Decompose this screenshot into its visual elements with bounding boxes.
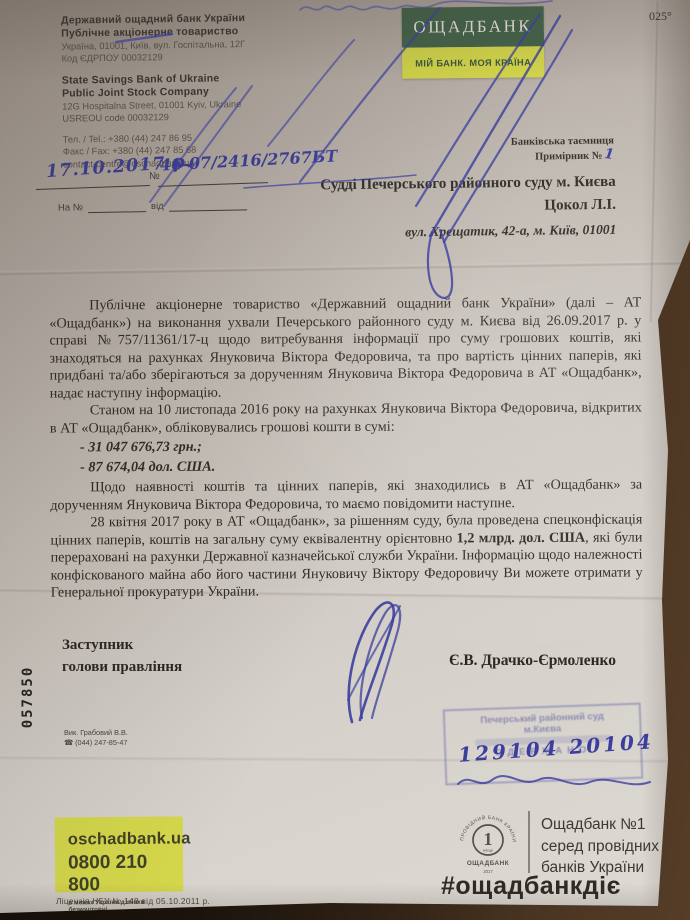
award-seal: ПРОВІДНИЙ БАНК КРАЇНИ 1 місце ОЩАДБАНК 2… (452, 806, 524, 878)
number-sign: № (149, 171, 160, 182)
executor-name: Вик. Грабовий В.В. (64, 728, 128, 738)
paragraph-3: Щодо наявності коштів та цінних паперів,… (50, 476, 642, 514)
letter-body: Публічне акціонерне товариство «Державни… (49, 294, 643, 602)
executor-block: Вик. Грабовий В.В. ☎ (044) 247-85-47 (64, 728, 128, 747)
vid-label: від (151, 201, 164, 212)
reply-to-line: На №від (58, 199, 247, 213)
contact-box: oschadbank.ua 0800 210 800 в межах Украї… (55, 816, 184, 892)
corner-page-mark: 025° (649, 9, 672, 24)
bank-secrecy-block: Банківська таємниця Примірник №1 (394, 134, 614, 165)
executor-phone: ☎ (044) 247-85-47 (64, 738, 128, 748)
letterhead: Державний ощадний банк України Публічне … (61, 11, 293, 170)
amount-uah: - 31 047 676,73 грн.; (80, 436, 642, 456)
recipient-judge: Цокол Л.І. (248, 197, 616, 218)
recipient-address: вул. Хрещатик, 42-а, м. Київ, 01001 (248, 222, 616, 242)
bank-code-en: USREOU code 00032129 (62, 109, 292, 125)
na-rule-1 (88, 202, 146, 213)
vertical-doc-number: 057850 (20, 653, 36, 741)
award-bank-name: ОЩАДБАНК (467, 860, 509, 867)
signer-title: Заступник голови правління (62, 634, 182, 678)
signer-name: Є.В. Драчко-Єрмоленко (428, 652, 616, 670)
logo-wordmark: ОЩАДБАНК (402, 6, 544, 47)
hotline-phone: 0800 210 800 (68, 851, 183, 896)
amount-usd: - 87 674,04 дол. США. (80, 456, 642, 476)
website: oschadbank.ua (68, 829, 183, 849)
paragraph-2: Станом на 10 листопада 2016 року на раху… (50, 399, 642, 437)
award-place-number: 1 (484, 829, 493, 849)
handwritten-copy-number: 1 (604, 147, 615, 162)
footer-divider (528, 811, 530, 873)
paragraph-1: Публічне акціонерне товариство «Державни… (49, 294, 642, 402)
fold-crease-vertical (649, 2, 660, 322)
fold-crease-top (0, 260, 690, 276)
logo-slogan: МІЙ БАНК. МОЯ КРАЇНА (402, 46, 544, 78)
copy-label: Примірник №1 (394, 148, 614, 166)
confiscated-sum: 1,2 млрд. дол. США (457, 529, 586, 546)
paragraph-4: 28 квітня 2017 року в АТ «Ощадбанк», за … (50, 511, 642, 602)
recipient-block: Судді Печерського районного суду м. Києв… (248, 174, 617, 242)
footer-claim: Ощадбанк №1 серед провідних банків Украї… (541, 814, 659, 879)
recipient-court: Судді Печерського районного суду м. Києв… (248, 174, 616, 195)
award-place-word: місце (483, 848, 494, 853)
nbu-license: Ліцензія НБУ № 148 від 05.10.2011 р. (56, 896, 210, 906)
letter-paper: Державний ощадний банк України Публічне … (0, 0, 690, 920)
oschadbank-logo: ОЩАДБАНК МІЙ БАНК. МОЯ КРАЇНА (402, 6, 545, 78)
photo-of-document: Державний ощадний банк України Публічне … (0, 0, 690, 920)
na-label: На № (58, 202, 83, 213)
date-rule-line (36, 184, 150, 190)
na-rule-2 (169, 200, 247, 211)
bank-code-ua: Код ЄДРПОУ 00032129 (61, 50, 291, 66)
signature-ink (349, 602, 394, 722)
brand-hashtag: #ощадбанкдіє (441, 872, 621, 901)
